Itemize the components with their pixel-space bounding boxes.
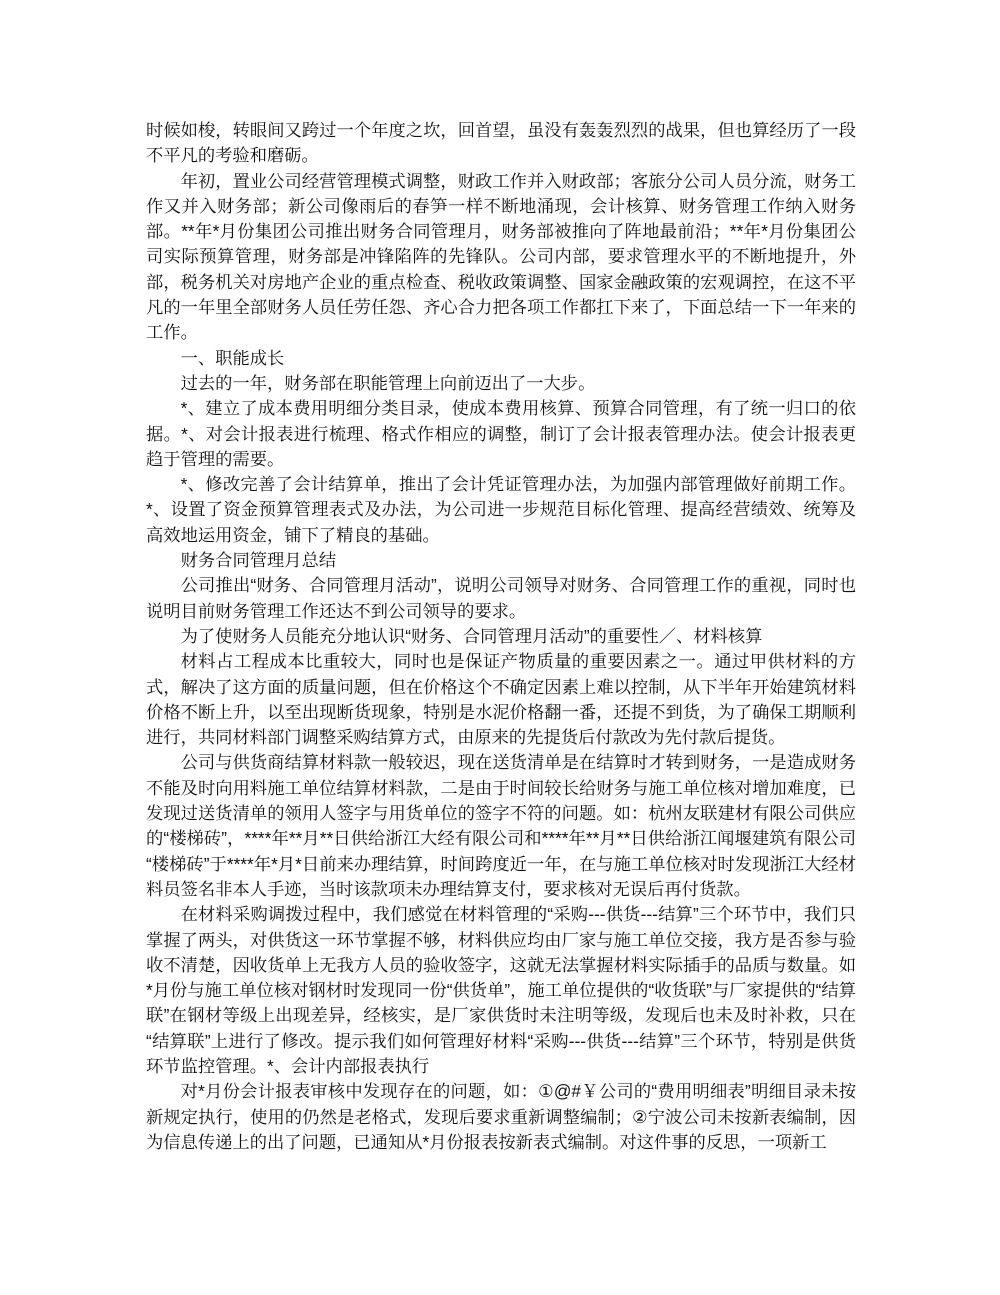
paragraph: 年初，置业公司经营管理模式调整，财政工作并入财政部；客旅分公司人员分流，财务工作… [146,169,856,346]
paragraph: *、修改完善了会计结算单，推出了会计凭证管理办法，为加强内部管理做好前期工作。*… [146,472,856,548]
paragraph: 为了使财务人员能充分地认识“财务、合同管理月活动”的重要性／、材料核算 [146,624,856,649]
paragraph: 在材料采购调拨过程中，我们感觉在材料管理的“采购---供货---结算”三个环节中… [146,902,856,1079]
paragraph: 一、职能成长 [146,346,856,371]
paragraph: 财务合同管理月总结 [146,548,856,573]
paragraph-list: 时候如梭，转眼间又跨过一个年度之坎，回首望，虽没有轰轰烈烈的战果，但也算经历了一… [146,118,856,1155]
paragraph: 过去的一年，财务部在职能管理上向前迈出了一大步。 [146,371,856,396]
document-page: 时候如梭，转眼间又跨过一个年度之坎，回首望，虽没有轰轰烈烈的战果，但也算经历了一… [0,0,1000,1295]
paragraph: 公司与供货商结算材料款一般较迟，现在送货清单是在结算时才转到财务，一是造成财务不… [146,750,856,902]
paragraph: 材料占工程成本比重较大，同时也是保证产物质量的重要因素之一。通过甲供材料的方式，… [146,649,856,750]
paragraph: 对*月份会计报表审核中发现存在的问题，如：①@#￥公司的“费用明细表”明细目录未… [146,1079,856,1155]
paragraph: 时候如梭，转眼间又跨过一个年度之坎，回首望，虽没有轰轰烈烈的战果，但也算经历了一… [146,118,856,169]
paragraph: *、建立了成本费用明细分类目录，使成本费用核算、预算合同管理，有了统一归口的依据… [146,396,856,472]
paragraph: 公司推出“财务、合同管理月活动”，说明公司领导对财务、合同管理工作的重视，同时也… [146,573,856,624]
